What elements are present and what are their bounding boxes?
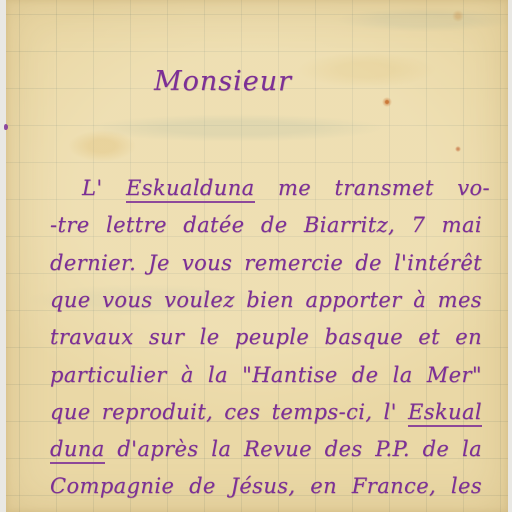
handwriting-line: dernier. Je vous remercie de l'intérêt <box>50 251 482 275</box>
handwriting-text: dernier. Je vous remercie de l'intérêt <box>50 251 482 275</box>
handwriting-line: -tre lettre datée de Biarritz, 7 mai <box>50 213 482 237</box>
letter-photo: Monsieur L' Eskualduna me transmet vo--t… <box>0 0 512 512</box>
handwriting-line: particulier à la "Hantise de la Mer" <box>50 363 482 387</box>
handwriting-line: Compagnie de Jésus, en France, les <box>50 474 482 498</box>
handwriting-line: duna d'après la Revue des P.P. de la <box>50 437 482 461</box>
handwriting-text: que vous voulez bien apporter à mes <box>50 288 482 312</box>
handwriting-text: Compagnie de Jésus, en France, les <box>50 474 482 498</box>
handwriting-text: L' <box>82 176 126 200</box>
underlined-word: duna <box>50 437 105 464</box>
handwriting-text: me transmet vo- <box>255 176 490 200</box>
handwriting-text: que reproduit, ces temps-ci, l' <box>50 400 408 424</box>
underlined-word: Eskual <box>408 400 482 427</box>
handwriting-line: travaux sur le peuple basque et en <box>50 325 482 349</box>
underlined-word: Eskualduna <box>126 176 255 203</box>
letter-page: Monsieur L' Eskualduna me transmet vo--t… <box>6 0 508 512</box>
handwriting-text: travaux sur le peuple basque et en <box>50 325 482 349</box>
handwriting-text: d'après la Revue des P.P. de la <box>105 437 482 461</box>
salutation: Monsieur <box>154 66 292 97</box>
ink-spot <box>4 124 8 130</box>
handwriting-line: L' Eskualduna me transmet vo- <box>82 176 490 200</box>
handwriting-text: -tre lettre datée de Biarritz, 7 mai <box>50 213 482 237</box>
handwriting-line: que vous voulez bien apporter à mes <box>50 288 482 312</box>
handwriting-text: particulier à la "Hantise de la Mer" <box>50 363 482 387</box>
handwriting-line: que reproduit, ces temps-ci, l' Eskual <box>50 400 482 424</box>
